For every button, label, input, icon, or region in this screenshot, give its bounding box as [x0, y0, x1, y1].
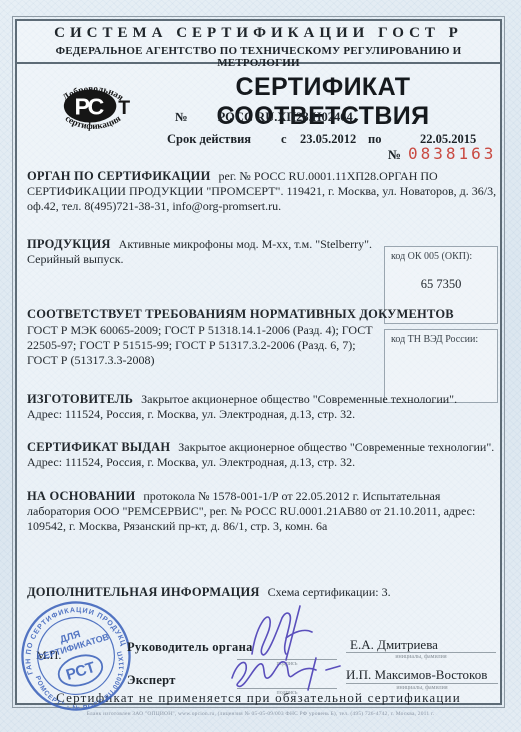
certificate-number-row: №РОСС RU.ХП28.Н02464: [175, 110, 353, 125]
section-text: ГОСТ Р МЭК 60065-2009; ГОСТ Р 51318.14.1…: [27, 323, 373, 367]
logo-letter-t: Т: [118, 97, 130, 119]
section-address: Адрес: 111524, Россия, г. Москва, ул. Эл…: [27, 407, 497, 422]
tnved-code-label: код ТН ВЭД России:: [391, 334, 478, 345]
section-address: Адрес: 111524, Россия, г. Москва, ул. Эл…: [27, 455, 497, 470]
okp-code-value: 65 7350: [385, 277, 497, 292]
expert-signature-icon: [228, 648, 360, 694]
section-text: Схема сертификации: 3.: [268, 585, 391, 599]
certificate-number: РОСС RU.ХП28.Н02464: [218, 110, 353, 124]
name-caption: инициалы, фамилия: [346, 654, 496, 660]
expert-label: Эксперт: [127, 673, 176, 688]
section-label: ИЗГОТОВИТЕЛЬ: [27, 392, 133, 406]
rst-logo-icon: Добровольная сертификация РС Т: [44, 72, 142, 140]
section-issued-to: СЕРТИФИКАТ ВЫДАНЗакрытое акционерное общ…: [27, 440, 497, 470]
system-title: СИСТЕМА СЕРТИФИКАЦИИ ГОСТ Р: [20, 25, 497, 42]
section-label: ДОПОЛНИТЕЛЬНАЯ ИНФОРМАЦИЯ: [27, 585, 260, 599]
section-conforms: СООТВЕТСТВУЕТ ТРЕБОВАНИЯМ НОРМАТИВНЫХ ДО…: [27, 307, 383, 368]
head-name-line: [346, 652, 496, 653]
validity-label: Срок действия: [167, 132, 251, 147]
blank-number-sign: №: [388, 147, 401, 163]
expert-name-line: [346, 683, 498, 684]
section-label: СООТВЕТСТВУЕТ ТРЕБОВАНИЯМ НОРМАТИВНЫХ ДО…: [27, 307, 375, 322]
section-label: ПРОДУКЦИЯ: [27, 237, 111, 251]
expert-name: И.П. Максимов-Востоков: [346, 667, 498, 683]
blank-number: 0838163: [408, 144, 496, 163]
logo-letters-rs: РС: [75, 94, 105, 120]
section-product: ПРОДУКЦИЯАктивные микрофоны мод. М-хх, т…: [27, 237, 379, 267]
section-manufacturer: ИЗГОТОВИТЕЛЬЗакрытое акционерное обществ…: [27, 392, 497, 422]
number-sign: №: [175, 110, 188, 124]
section-text: Закрытое акционерное общество "Современн…: [178, 440, 494, 454]
section-basis: НА ОСНОВАНИИпротокола № 1578-001-1/Р от …: [27, 489, 497, 534]
validity-from-date: 23.05.2012: [300, 132, 356, 147]
section-label: НА ОСНОВАНИИ: [27, 489, 135, 503]
head-name: Е.А. Дмитриева: [350, 637, 496, 653]
okp-code-label: код ОК 005 (ОКП):: [391, 251, 472, 262]
certificate-page: СИСТЕМА СЕРТИФИКАЦИИ ГОСТ Р ФЕДЕРАЛЬНОЕ …: [0, 0, 521, 732]
section-text-line2: Серийный выпуск.: [27, 252, 379, 267]
validity-from-label: с: [281, 132, 287, 147]
section-text: Закрытое акционерное общество "Современн…: [141, 392, 457, 406]
section-label: ОРГАН ПО СЕРТИФИКАЦИИ: [27, 169, 211, 183]
section-text: Активные микрофоны мод. М-хх, т.м. "Stel…: [119, 237, 372, 251]
validity-to-label: по: [368, 132, 381, 147]
section-label: СЕРТИФИКАТ ВЫДАН: [27, 440, 170, 454]
agency-title: ФЕДЕРАЛЬНОЕ АГЕНТСТВО ПО ТЕХНИЧЕСКОМУ РЕ…: [20, 45, 497, 69]
section-certification-body: ОРГАН ПО СЕРТИФИКАЦИИрег. № РОСС RU.0001…: [27, 169, 497, 214]
